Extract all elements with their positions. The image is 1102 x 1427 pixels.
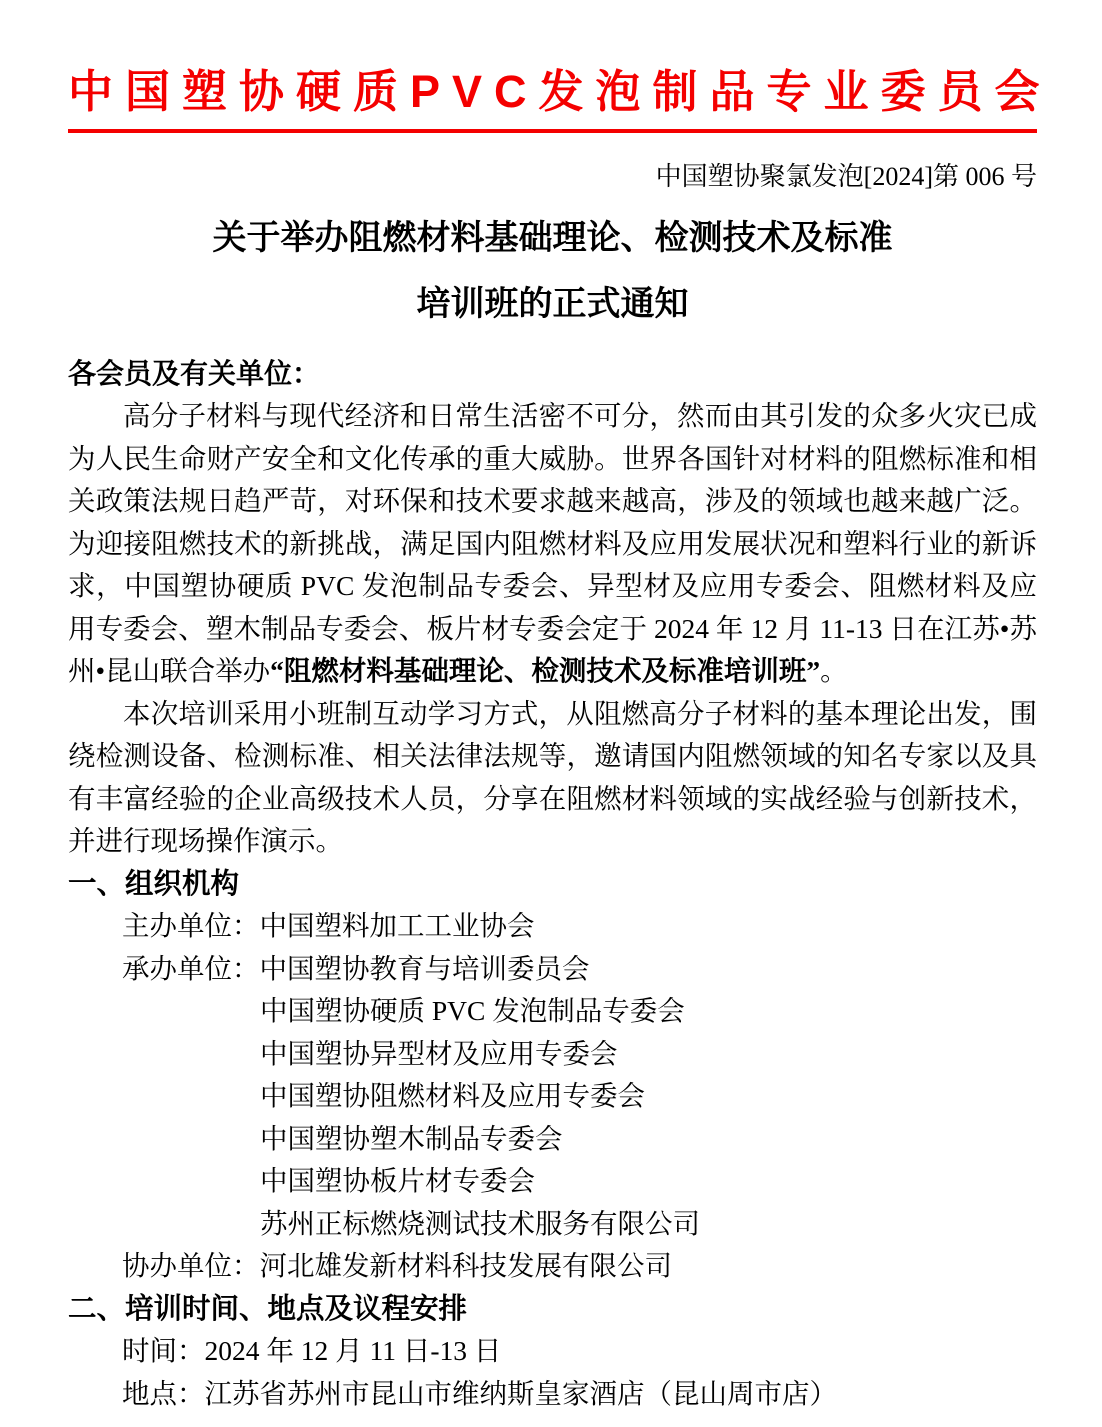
organizer-unit-value: 中国塑协教育与培训委员会 (260, 953, 590, 984)
organizer-unit-line: 承办单位：中国塑协教育与培训委员会 (122, 948, 1037, 991)
paragraph-training-format: 本次培训采用小班制互动学习方式，从阻燃高分子材料的基本理论出发，围绕检测设备、检… (68, 693, 1037, 863)
paragraph-background-end: 。 (820, 655, 848, 686)
time-label: 时间： (122, 1335, 205, 1366)
notice-title-line2: 培训班的正式通知 (68, 271, 1037, 337)
organizer-item: 中国塑协硬质 PVC 发泡制品专委会 (260, 990, 1037, 1033)
venue-value: 江苏省苏州市昆山市维纳斯皇家酒店（昆山周市店） (205, 1378, 838, 1409)
host-unit-value: 中国塑料加工工业协会 (260, 910, 535, 941)
organizer-item: 中国塑协塑木制品专委会 (260, 1118, 1037, 1161)
co-organizer-value: 河北雄发新材料科技发展有限公司 (260, 1250, 673, 1281)
document-page: 中国塑协硬质PVC发泡制品专业委员会 中国塑协聚氯发泡[2024]第 006 号… (0, 0, 1102, 1427)
paragraph-background: 高分子材料与现代经济和日常生活密不可分，然而由其引发的众多火灾已成为人民生命财产… (68, 395, 1037, 693)
notice-title-line1: 关于举办阻燃材料基础理论、检测技术及标准 (68, 205, 1037, 271)
organizer-unit-label: 承办单位： (122, 953, 260, 984)
association-title: 中国塑协硬质PVC发泡制品专业委员会 (68, 68, 1037, 116)
host-unit-line: 主办单位：中国塑料加工工业协会 (122, 905, 1037, 948)
salutation: 各会员及有关单位： (68, 353, 1037, 395)
section1-heading: 一、组织机构 (68, 863, 1037, 906)
venue-label: 地点： (122, 1378, 205, 1409)
co-organizer-line: 协办单位：河北雄发新材料科技发展有限公司 (122, 1245, 1037, 1288)
organizer-item: 中国塑协阻燃材料及应用专委会 (260, 1075, 1037, 1118)
venue-line: 地点：江苏省苏州市昆山市维纳斯皇家酒店（昆山周市店） (122, 1373, 1037, 1416)
time-line: 时间：2024 年 12 月 11 日-13 日 (122, 1330, 1037, 1373)
organizer-item: 中国塑协板片材专委会 (260, 1160, 1037, 1203)
time-value: 2024 年 12 月 11 日-13 日 (205, 1335, 502, 1366)
organizer-item: 苏州正标燃烧测试技术服务有限公司 (260, 1203, 1037, 1246)
organizer-item: 中国塑协异型材及应用专委会 (260, 1033, 1037, 1076)
host-unit-label: 主办单位： (122, 910, 260, 941)
co-organizer-label: 协办单位： (122, 1250, 260, 1281)
training-class-name-highlight: “阻燃材料基础理论、检测技术及标准培训班” (270, 655, 820, 686)
section2-heading: 二、培训时间、地点及议程安排 (68, 1288, 1037, 1331)
document-number: 中国塑协聚氯发泡[2024]第 006 号 (68, 162, 1037, 192)
header-rule (68, 129, 1037, 133)
notice-title: 关于举办阻燃材料基础理论、检测技术及标准 培训班的正式通知 (68, 205, 1037, 337)
paragraph-background-text: 高分子材料与现代经济和日常生活密不可分，然而由其引发的众多火灾已成为人民生命财产… (68, 400, 1037, 686)
